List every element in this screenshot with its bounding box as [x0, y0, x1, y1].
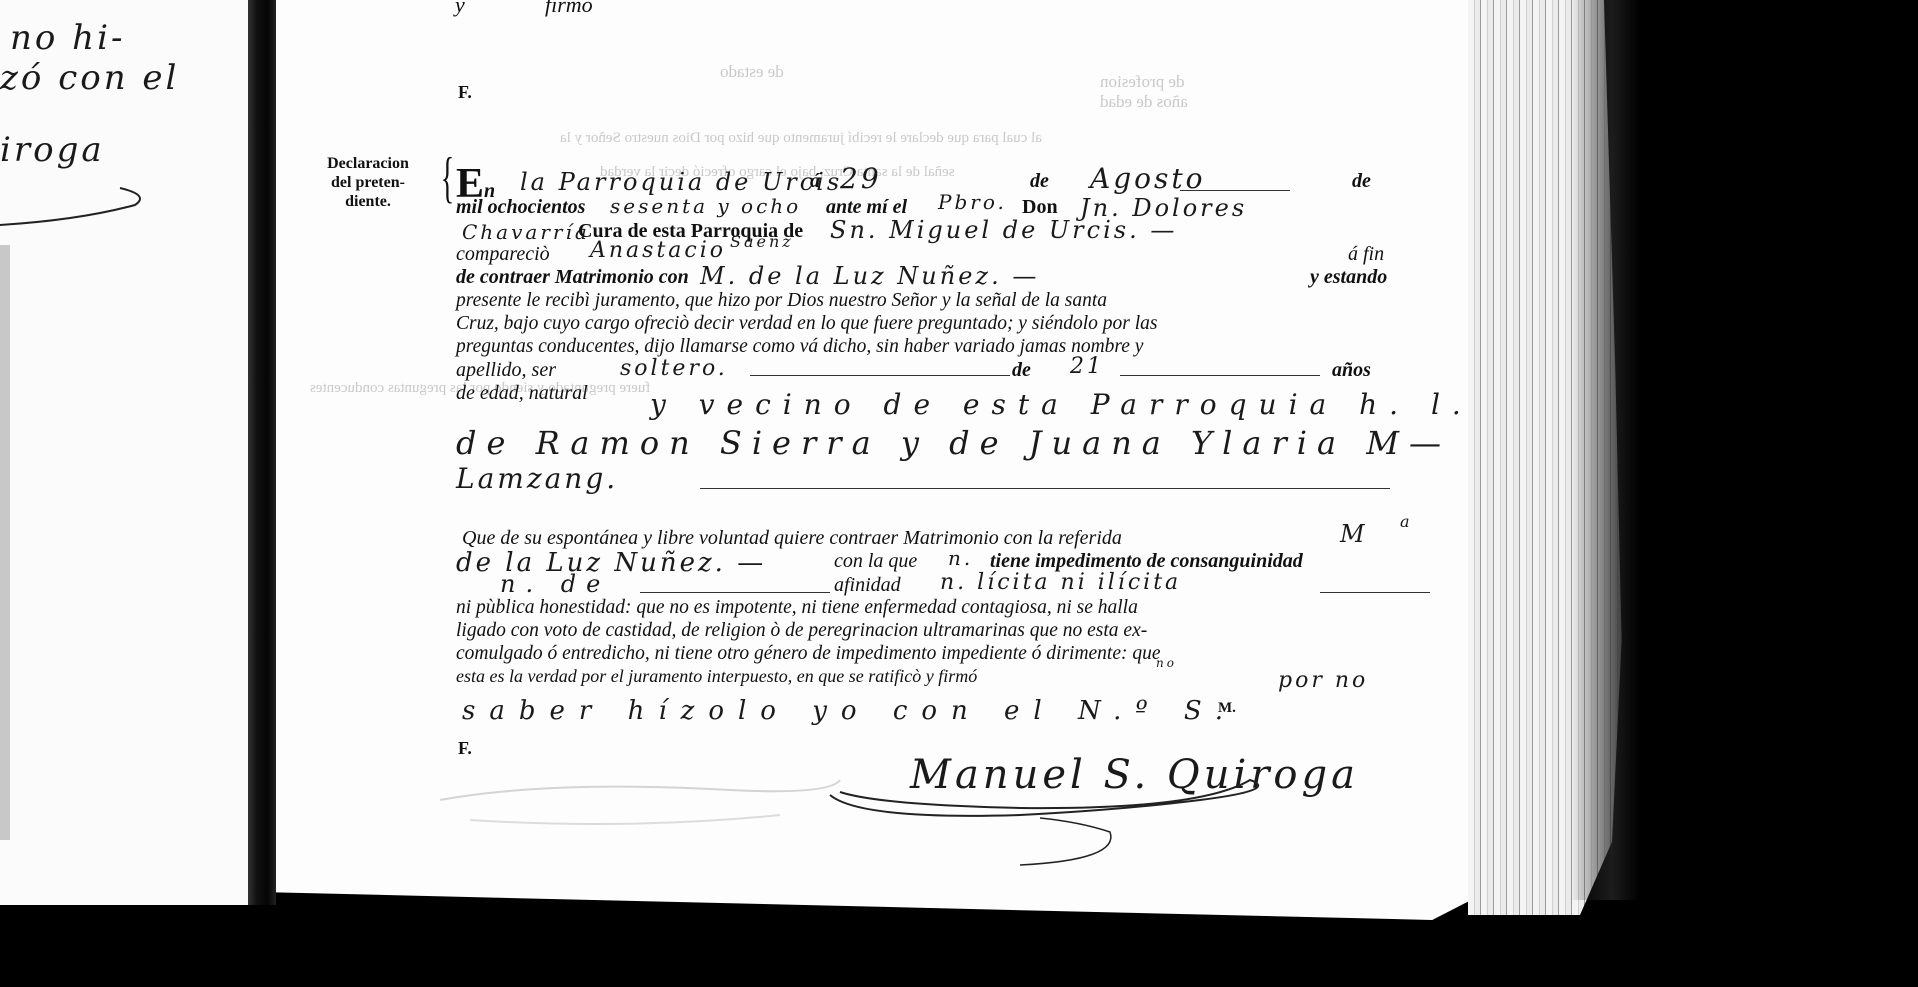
printed-text: de contraer Matrimonio con	[456, 266, 689, 289]
handwritten-parish-name: Sn. Miguel de Urcis. —	[830, 216, 1177, 244]
fill-line	[1180, 190, 1290, 191]
bleedthrough-text: años de edad	[1100, 92, 1188, 112]
previous-entry-firmo: firmó	[545, 0, 593, 18]
handwritten-text: por no	[1278, 668, 1368, 693]
printed-text: afinidad	[834, 574, 901, 597]
brace-icon: {	[441, 150, 454, 206]
printed-text: y estando	[1310, 266, 1387, 289]
handwritten-superscript: a	[1400, 512, 1413, 531]
book-gutter	[248, 0, 276, 905]
printed-text: esta es la verdad por el juramento inter…	[456, 666, 977, 687]
fill-line	[1120, 375, 1320, 376]
handwritten-day: 29	[840, 162, 882, 195]
handwritten-bride-name: M. de la Luz Nuñez. —	[700, 262, 1039, 290]
fill-line	[1320, 592, 1430, 593]
printed-text: á fin	[1348, 243, 1384, 266]
handwritten-origin: y vecino de esta Parroquia h. l.	[650, 388, 1473, 421]
handwritten-affinity-degree: n. de	[500, 570, 610, 598]
left-page-signature-fragment: iroga	[0, 130, 105, 170]
faded-flourish	[430, 760, 850, 840]
printed-text: presente le recibì juramento, que hizo p…	[456, 290, 1107, 312]
left-page-handwriting-1: no hi-	[10, 18, 125, 58]
printed-text: F.	[458, 738, 472, 759]
printed-text: á	[810, 170, 820, 193]
left-page-handwriting-2: zó con el	[0, 58, 179, 98]
fill-line	[640, 592, 830, 593]
printed-text: Cruz, bajo cuyo cargo ofreciò decir verd…	[456, 313, 1158, 335]
handwritten-affinity: n. lícita ni ilícita	[940, 570, 1181, 595]
printed-text: preguntas conducentes, dijo llamarse com…	[456, 336, 1143, 358]
printed-text: mil ochocientos	[456, 196, 585, 219]
handwritten-marital-status: soltero.	[620, 356, 728, 381]
printed-text: con la que	[834, 550, 917, 573]
handwritten-age: 21	[1070, 354, 1104, 379]
previous-entry-F: F.	[458, 82, 472, 103]
printed-text: M.	[1218, 700, 1236, 717]
handwritten-parish: la Parroquia de Urcis	[520, 168, 842, 196]
fill-line	[750, 375, 1010, 376]
printed-text: de edad, natural	[456, 382, 588, 405]
handwritten-groom-name: Anastacio	[590, 238, 726, 263]
handwritten-negation: n.	[948, 546, 973, 570]
bleedthrough-text: al cual para que declare le recibí juram…	[560, 130, 1042, 147]
printed-text: de	[1352, 170, 1371, 193]
printed-text: de	[1030, 170, 1049, 193]
handwritten-bride-initial: M	[1340, 520, 1368, 548]
printed-text: comulgado ó entredicho, ni tiene otro gé…	[456, 643, 1161, 665]
handwritten-parent-surname: Lamzang.	[456, 462, 618, 495]
handwritten-groom-surname: Saenz	[730, 232, 794, 251]
fill-line	[700, 488, 1390, 489]
handwritten-parents: de Ramon Sierra y de Juana Ylaria M—	[456, 424, 1451, 462]
left-page-shadow	[0, 245, 10, 840]
bleedthrough-text: de profesion	[1100, 72, 1185, 92]
signature-flourish	[820, 770, 1280, 880]
printed-text: ni pùblica honestidad: que no es impoten…	[456, 597, 1138, 619]
section-margin-label: Declaracion del preten- diente.	[318, 154, 418, 211]
left-facing-page: no hi- zó con el iroga	[0, 0, 252, 905]
page-edge-shadow	[1570, 0, 1640, 900]
handwritten-priest-surname: Chavarría	[462, 220, 590, 244]
handwritten-title: Pbro.	[938, 190, 1007, 214]
previous-entry-y: y	[455, 0, 465, 18]
label-line: diente.	[318, 192, 418, 211]
handwritten-text: saber hízolo yo con el N.º S.	[462, 696, 1237, 726]
handwritten-year: sesenta y ocho	[610, 194, 801, 218]
handwritten-superscript: no	[1156, 656, 1177, 670]
printed-text: ligado con voto de castidad, de religion…	[456, 620, 1147, 642]
left-signature-flourish	[0, 180, 150, 240]
label-line: del preten-	[318, 173, 418, 192]
printed-text: de	[1012, 359, 1031, 382]
printed-text: compareciò	[456, 243, 550, 266]
printed-text: años	[1332, 359, 1371, 382]
bleedthrough-text: de estado	[720, 62, 784, 82]
printed-text: apellido, ser	[456, 359, 556, 382]
label-line: Declaracion	[318, 154, 418, 173]
printed-text: Que de su espontánea y libre voluntad qu…	[462, 527, 1122, 550]
